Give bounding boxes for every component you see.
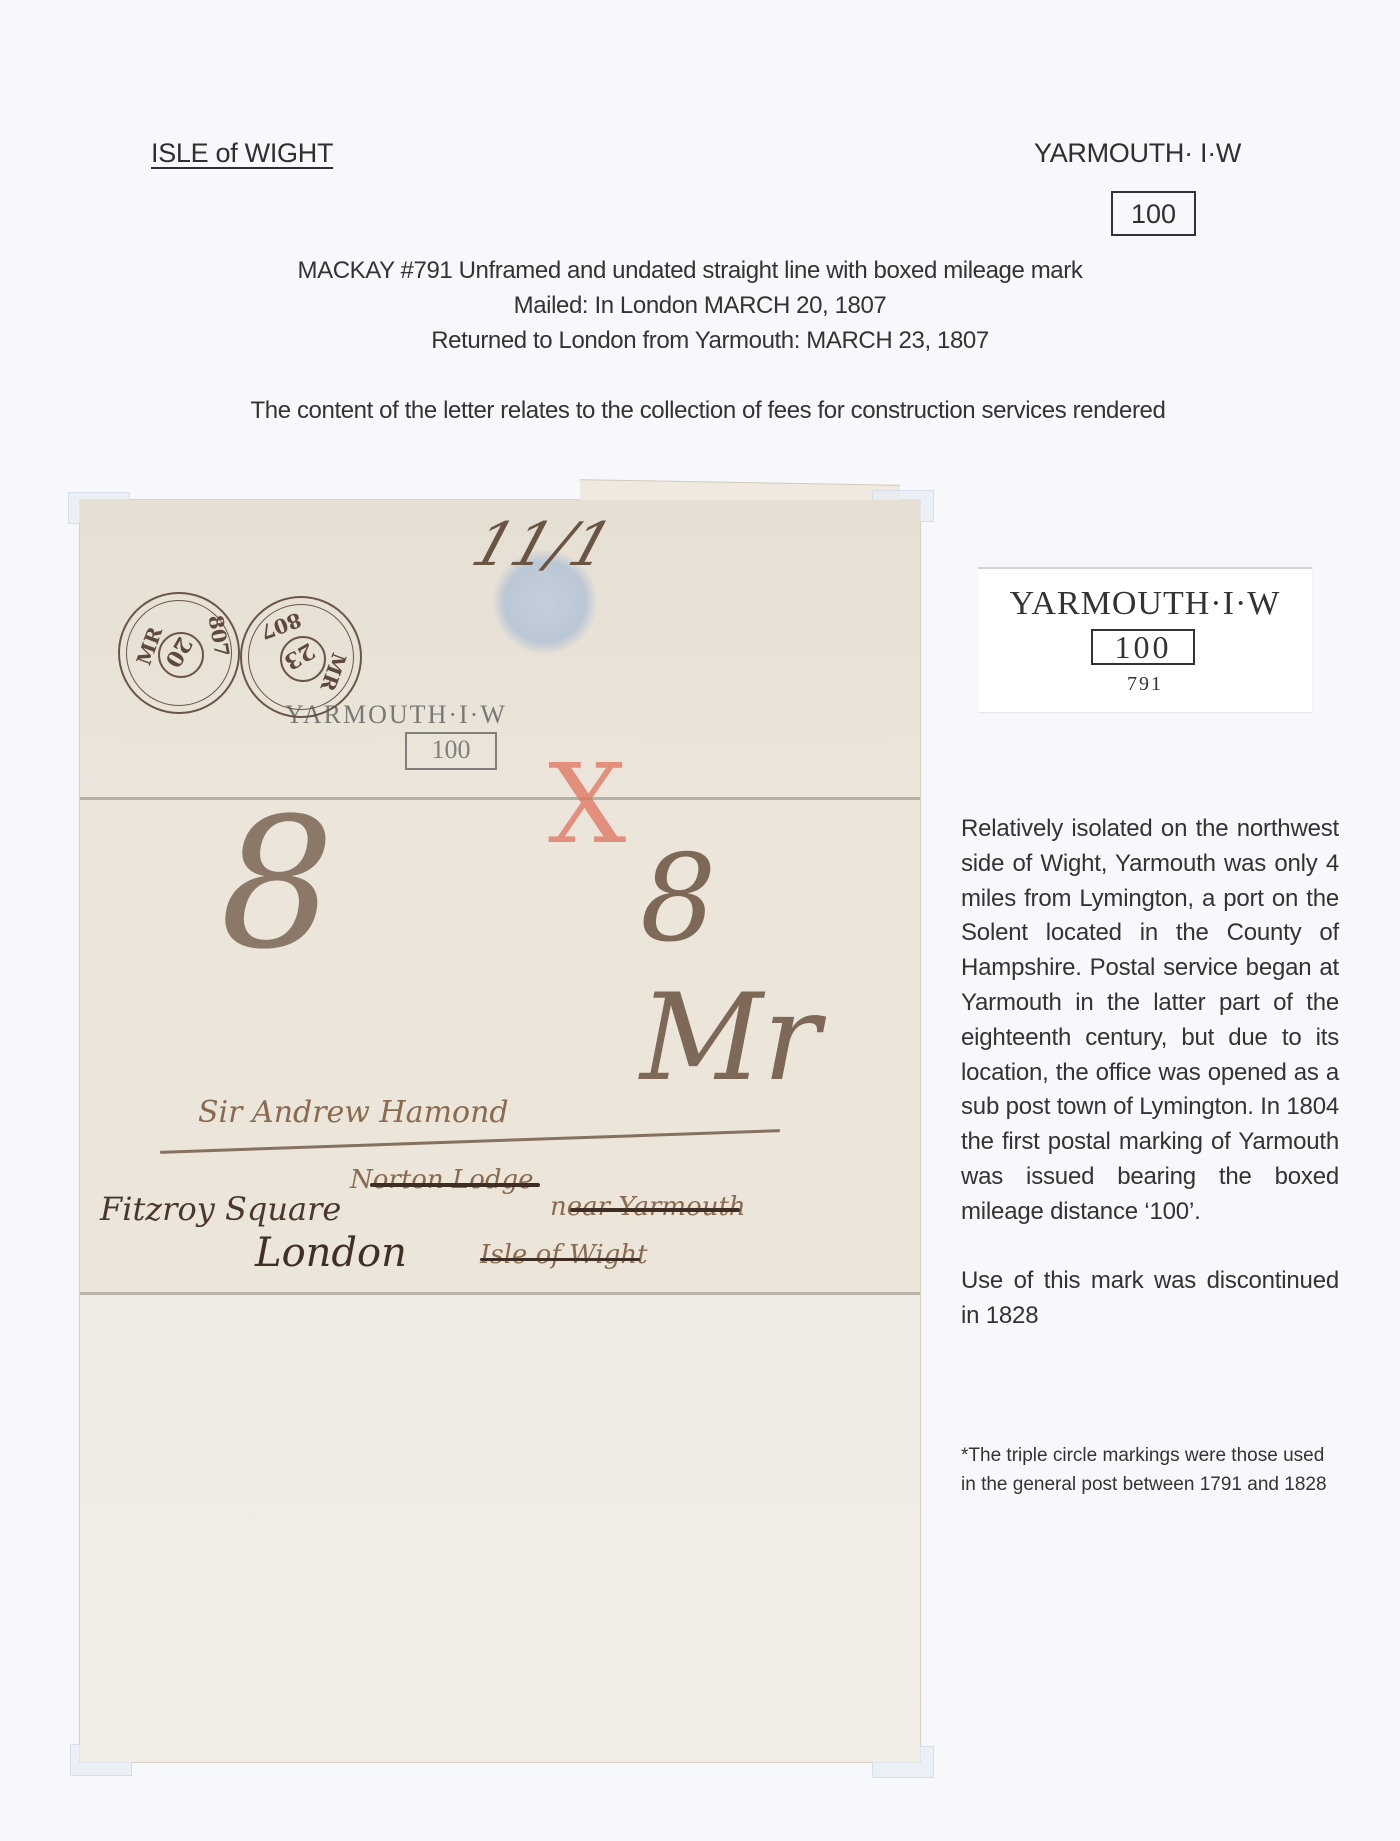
address-recipient: Sir Andrew Hamond (198, 1095, 509, 1130)
straight-line-postmark: YARMOUTH·I·W (285, 700, 507, 730)
caption-content: The content of the letter relates to the… (8, 397, 1400, 425)
address-city: London (255, 1230, 407, 1276)
manuscript-charge: 8 (220, 780, 335, 989)
fold-line (80, 1292, 920, 1295)
mark-illustration-box: 100 (1091, 629, 1195, 665)
strike-through (570, 1208, 740, 1212)
page-title-town: YARMOUTH· I·W (1034, 138, 1241, 169)
caption-catalog: MACKAY #791 Unframed and undated straigh… (0, 257, 1390, 285)
red-manuscript-mark: X (548, 740, 626, 868)
letter-cover: 20 MR 807 23 807 MR 11/1 YARMOUTH·I·W 10… (80, 500, 920, 1762)
address-struck-line1: Norton Lodge (350, 1165, 534, 1195)
rate-manuscript: 11/1 (464, 510, 621, 580)
caption-mailed: Mailed: In London MARCH 20, 1807 (0, 292, 1400, 320)
strike-through (480, 1258, 640, 1261)
letter-panel-bottom (80, 1292, 920, 1762)
footnote: *The triple circle markings were those u… (961, 1441, 1339, 1499)
postmark-london-left: 20 MR 807 (118, 592, 240, 714)
address-struck-line3: Isle of Wight (480, 1240, 648, 1270)
address-struck-line2: near Yarmouth (550, 1192, 746, 1222)
mark-illustration-name: YARMOUTH·I·W (978, 585, 1312, 623)
manuscript-mr: 8 Mr (640, 830, 920, 1108)
fold-line (80, 797, 920, 800)
description: Relatively isolated on the northwest sid… (961, 812, 1339, 1369)
mileage-box: 100 (1111, 191, 1196, 236)
description-paragraph: Relatively isolated on the northwest sid… (961, 812, 1339, 1230)
description-paragraph: Use of this mark was discontinued in 182… (961, 1264, 1339, 1334)
mark-illustration-card: YARMOUTH·I·W 100 791 (978, 567, 1312, 712)
boxed-mileage-postmark: 100 (405, 732, 497, 770)
strike-through (370, 1183, 540, 1187)
page-title-region: ISLE of WIGHT (151, 138, 333, 169)
mark-catalog-number: 791 (978, 673, 1312, 696)
caption-returned: Returned to London from Yarmouth: MARCH … (10, 327, 1400, 355)
address-street: Fitzroy Square (100, 1190, 341, 1228)
